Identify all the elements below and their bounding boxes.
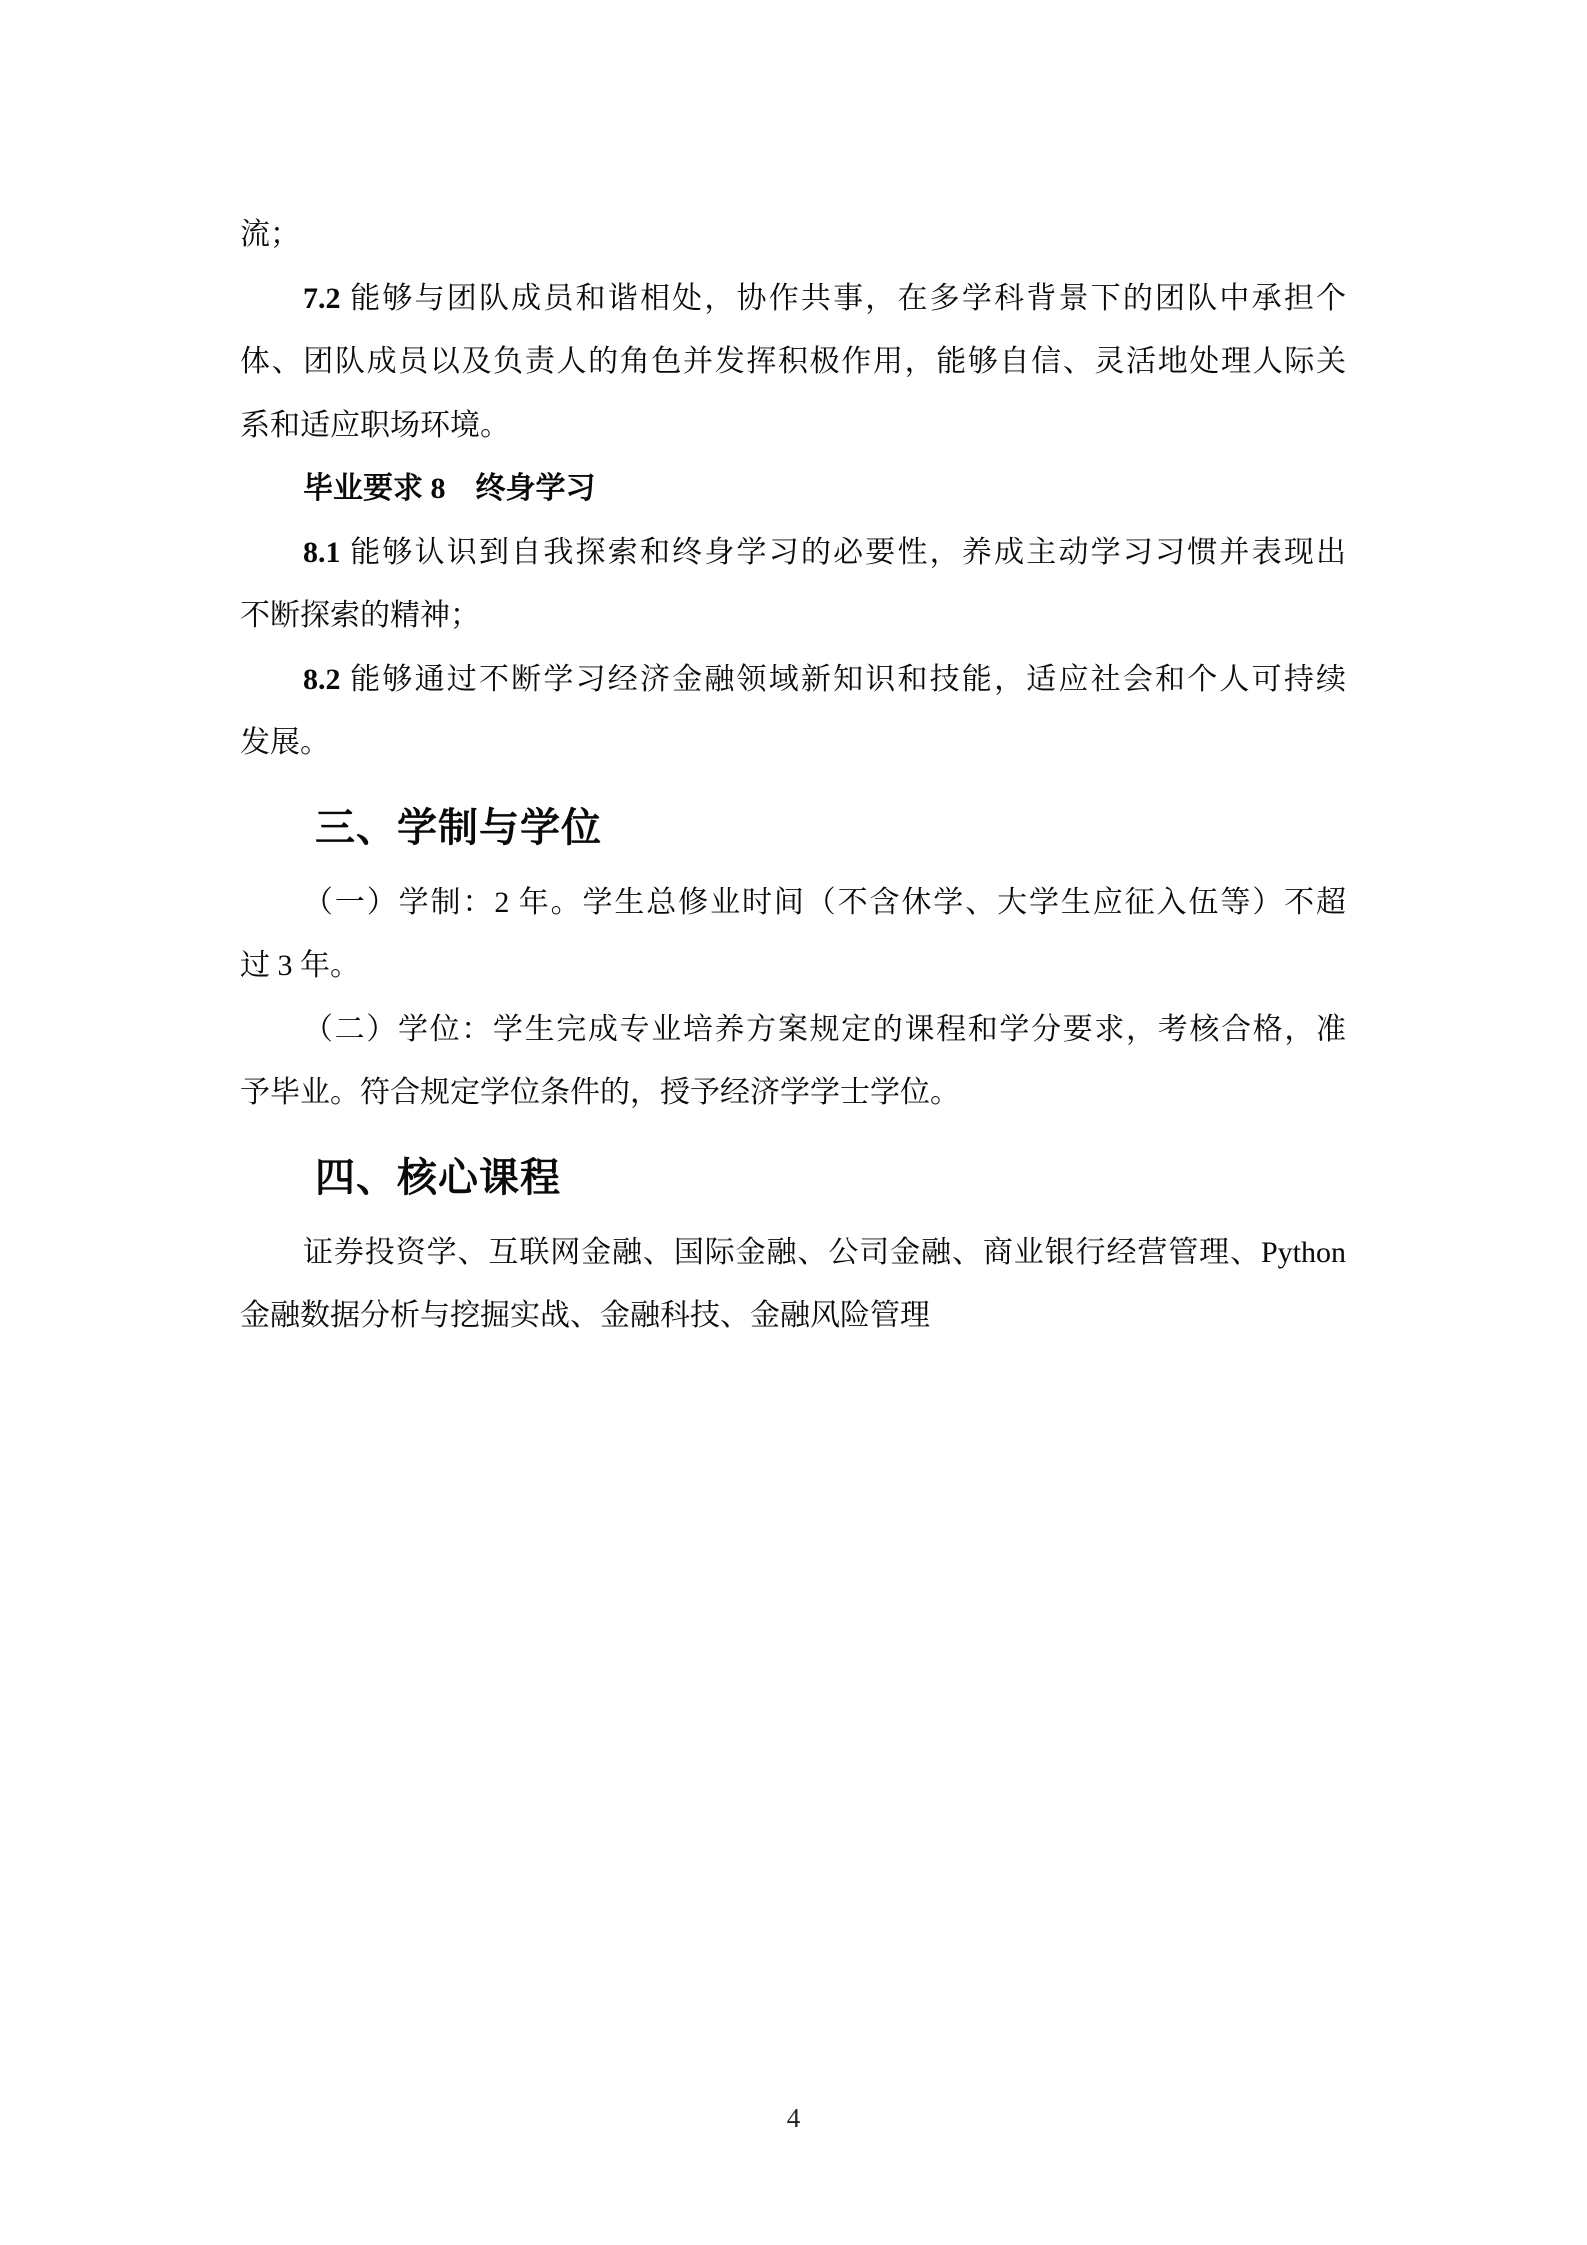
text-line: 发展。 (240, 711, 1346, 775)
text-run: （一）学制：2 年。学生总修业时间（不含休学、大学生应征入伍等）不超 (303, 886, 1346, 919)
text-line: （一）学制：2 年。学生总修业时间（不含休学、大学生应征入伍等）不超 (240, 871, 1346, 935)
bold-text-run: 7.2 (303, 282, 350, 315)
paragraph: 毕业要求 8 终身学习 (240, 457, 1346, 521)
text-line: 三、学制与学位 (315, 793, 1346, 863)
paragraph: （一）学制：2 年。学生总修业时间（不含休学、大学生应征入伍等）不超过 3 年。 (240, 871, 1346, 998)
bold-text-run: 三、学制与学位 (315, 806, 602, 850)
text-line: 体、团队成员以及负责人的角色并发挥积极作用，能够自信、灵活地处理人际关 (240, 330, 1346, 394)
text-run: 金融数据分析与挖掘实战、金融科技、金融风险管理 (240, 1299, 930, 1332)
bold-text-run: 四、核心课程 (315, 1156, 561, 1200)
page-number: 4 (0, 2098, 1587, 2138)
bold-text-run: 8.1 (303, 536, 350, 569)
text-run: 能够通过不断学习经济金融领域新知识和技能，适应社会和个人可持续 (350, 663, 1346, 696)
text-run: 发展。 (240, 726, 330, 759)
section-heading: 三、学制与学位 (240, 793, 1346, 863)
text-run: 系和适应职场环境。 (240, 409, 510, 442)
text-line: 毕业要求 8 终身学习 (240, 457, 1346, 521)
text-run: 证券投资学、互联网金融、国际金融、公司金融、商业银行经营管理、Python (303, 1236, 1346, 1269)
section-heading: 四、核心课程 (240, 1143, 1346, 1213)
paragraph: 证券投资学、互联网金融、国际金融、公司金融、商业银行经营管理、Python金融数… (240, 1221, 1346, 1348)
text-line: 8.2 能够通过不断学习经济金融领域新知识和技能，适应社会和个人可持续 (240, 648, 1346, 712)
text-line: 不断探索的精神； (240, 584, 1346, 648)
text-line: 予毕业。符合规定学位条件的，授予经济学学士学位。 (240, 1061, 1346, 1125)
text-run: 体、团队成员以及负责人的角色并发挥积极作用，能够自信、灵活地处理人际关 (240, 345, 1346, 378)
document-page: 流；7.2 能够与团队成员和谐相处，协作共事，在多学科背景下的团队中承担个体、团… (0, 0, 1587, 2245)
text-line: 流； (240, 203, 1346, 267)
text-line: 证券投资学、互联网金融、国际金融、公司金融、商业银行经营管理、Python (240, 1221, 1346, 1285)
text-line: 系和适应职场环境。 (240, 394, 1346, 458)
paragraph: （二）学位：学生完成专业培养方案规定的课程和学分要求，考核合格，准予毕业。符合规… (240, 998, 1346, 1125)
text-run: 能够与团队成员和谐相处，协作共事，在多学科背景下的团队中承担个 (350, 282, 1346, 315)
text-line: 7.2 能够与团队成员和谐相处，协作共事，在多学科背景下的团队中承担个 (240, 267, 1346, 331)
paragraph: 流； (240, 203, 1346, 267)
bold-text-run: 毕业要求 8 终身学习 (303, 472, 596, 505)
text-run: （二）学位：学生完成专业培养方案规定的课程和学分要求，考核合格，准 (303, 1013, 1346, 1046)
text-run: 过 3 年。 (240, 949, 360, 982)
text-line: 过 3 年。 (240, 934, 1346, 998)
text-run: 予毕业。符合规定学位条件的，授予经济学学士学位。 (240, 1076, 960, 1109)
paragraph: 8.1 能够认识到自我探索和终身学习的必要性，养成主动学习习惯并表现出不断探索的… (240, 521, 1346, 648)
text-line: 四、核心课程 (315, 1143, 1346, 1213)
document-content: 流；7.2 能够与团队成员和谐相处，协作共事，在多学科背景下的团队中承担个体、团… (240, 203, 1346, 1348)
text-line: （二）学位：学生完成专业培养方案规定的课程和学分要求，考核合格，准 (240, 998, 1346, 1062)
text-line: 8.1 能够认识到自我探索和终身学习的必要性，养成主动学习习惯并表现出 (240, 521, 1346, 585)
text-line: 金融数据分析与挖掘实战、金融科技、金融风险管理 (240, 1284, 1346, 1348)
text-run: 流； (240, 218, 300, 251)
paragraph: 7.2 能够与团队成员和谐相处，协作共事，在多学科背景下的团队中承担个体、团队成… (240, 267, 1346, 458)
text-run: 能够认识到自我探索和终身学习的必要性，养成主动学习习惯并表现出 (350, 536, 1346, 569)
text-run: 不断探索的精神； (240, 599, 480, 632)
paragraph: 8.2 能够通过不断学习经济金融领域新知识和技能，适应社会和个人可持续发展。 (240, 648, 1346, 775)
bold-text-run: 8.2 (303, 663, 350, 696)
